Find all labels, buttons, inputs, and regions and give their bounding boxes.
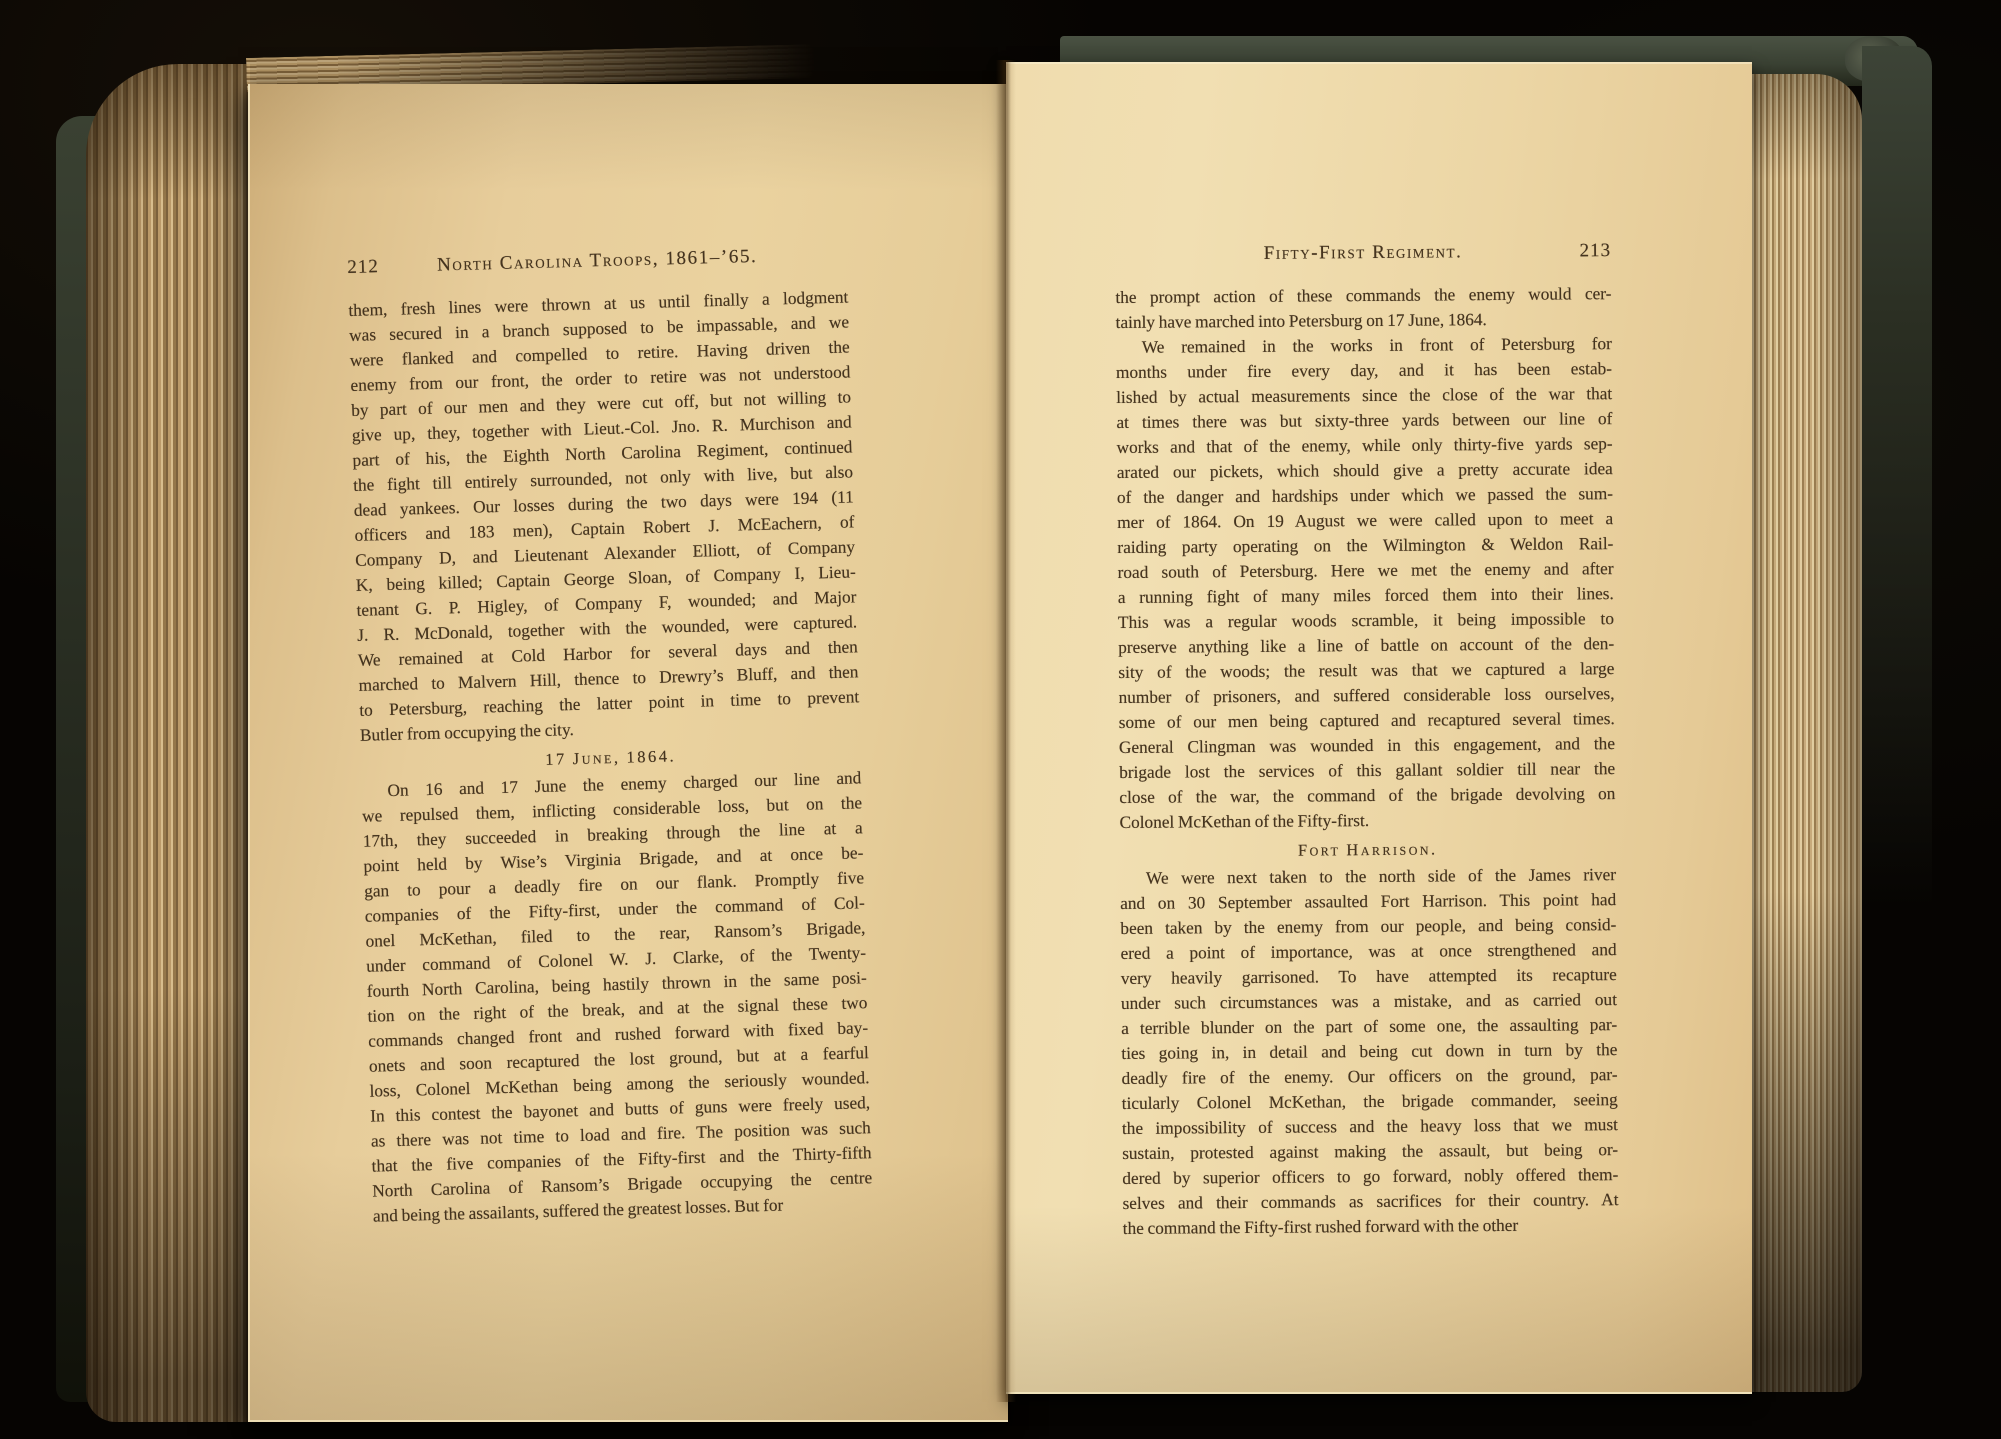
section-heading-fort-harrison: Fort Harrison. [1120,837,1616,863]
text-line: the prompt action of these commands the … [1115,281,1611,310]
running-header-right: Fifty-First Regiment. 213 [1115,239,1611,267]
text-line: close of the war, the command of the bri… [1119,781,1615,810]
page-fore-edge-right [1752,74,1862,1392]
text-line: at times there was but sixty-three yards… [1116,406,1612,435]
text-line: preserve anything like a line of battle … [1118,631,1614,660]
text-line: the command the Fifty-first rushed forwa… [1123,1212,1619,1241]
text-line: months under fire every day, and it has … [1116,356,1612,385]
paragraph: We were next taken to the north side of … [1120,862,1619,1241]
text-line: brigade lost the services of this gallan… [1119,756,1615,785]
text-line: deadly fire of the enemy. Our officers o… [1121,1062,1617,1091]
text-line: We remained in the works in front of Pet… [1116,331,1612,360]
text-line: mer of 1864. On 19 August we were called… [1117,506,1613,535]
right-page-text: Fifty-First Regiment. 213 the prompt act… [1115,239,1619,1241]
text-line: This was a regular woods scramble, it be… [1118,606,1614,635]
right-page-number: 213 [1579,239,1611,263]
text-line: the impossibility of success and the hea… [1122,1112,1618,1141]
paragraph: We remained in the works in front of Pet… [1116,331,1616,835]
text-line: ties going in, in detail and being cut d… [1121,1037,1617,1066]
text-line: number of prisoners, and suffered consid… [1118,681,1614,710]
text-line: raiding party operating on the Wilmingto… [1117,531,1613,560]
text-line: lished by actual measurements since the … [1116,381,1612,410]
text-line: ticularly Colonel McKethan, the brigade … [1122,1087,1618,1116]
text-line: of the danger and hardships under which … [1117,481,1613,510]
left-page-body: them, fresh lines were thrown at us unti… [348,284,873,1228]
text-line: tainly have marched into Petersburg on 1… [1116,306,1612,335]
book-cover-right [1862,46,1932,946]
left-page-text: 212 North Carolina Troops, 1861–’65. the… [347,242,873,1228]
page-fore-edge-left [86,64,250,1422]
text-line: ered a point of importance, was at once … [1120,937,1616,966]
text-line: road south of Petersburg. Here we met th… [1117,556,1613,585]
paragraph-continuation: the prompt action of these commands the … [1115,281,1611,335]
text-line: Colonel McKethan of the Fifty-first. [1119,806,1615,835]
text-line: and on 30 September assaulted Fort Harri… [1120,887,1616,916]
text-line: dered by superior officers to go forward… [1122,1162,1618,1191]
left-page-number: 212 [347,255,379,280]
text-line: We were next taken to the north side of … [1120,862,1616,891]
book-photo: 212 North Carolina Troops, 1861–’65. the… [0,0,2001,1439]
text-line: selves and their commands as sacrifices … [1122,1187,1618,1216]
paragraph: On 16 and 17 June the enemy charged our … [361,765,873,1228]
text-line: sity of the woods; the result was that w… [1118,656,1614,685]
book-gutter [996,60,1016,1402]
text-line: a terrible blunder on the part of some o… [1121,1012,1617,1041]
text-line: works and that of the enemy, while only … [1117,431,1613,460]
text-line: some of our men being captured and recap… [1119,706,1615,735]
text-line: very heavily garrisoned. To have attempt… [1121,962,1617,991]
text-line: a running fight of many miles forced the… [1118,581,1614,610]
right-running-title: Fifty-First Regiment. [1115,239,1611,267]
text-line: General Clingman was wounded in this eng… [1119,731,1615,760]
text-line: under such circumstances was a mistake, … [1121,987,1617,1016]
text-line: arated our pickets, which should give a … [1117,456,1613,485]
text-line: sustain, protested against making the as… [1122,1137,1618,1166]
right-page-body: the prompt action of these commands the … [1115,281,1618,1241]
paragraph-continuation: them, fresh lines were thrown at us unti… [348,284,860,747]
text-line: been taken by the enemy from our people,… [1120,912,1616,941]
